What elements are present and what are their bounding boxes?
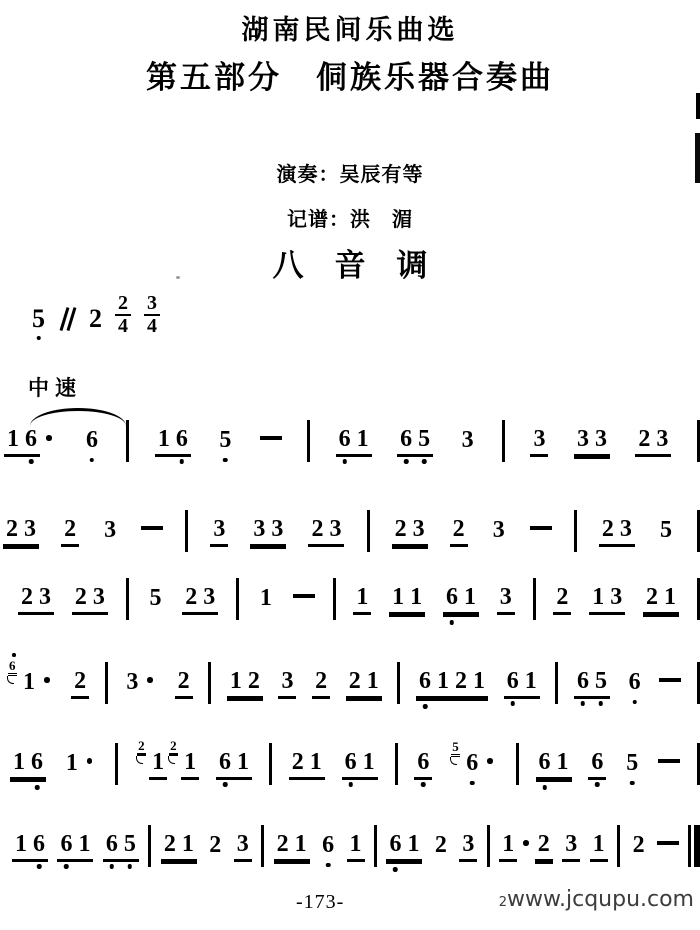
note-group: 6 bbox=[626, 669, 644, 697]
note: 2 bbox=[392, 516, 410, 547]
note: 1 bbox=[181, 749, 199, 780]
note: 6 bbox=[536, 749, 554, 780]
note: 3 bbox=[250, 516, 268, 547]
note-group: 11 bbox=[389, 584, 425, 615]
note-group: 61 bbox=[386, 831, 422, 862]
note-group: 2 bbox=[61, 516, 79, 547]
note: 1 bbox=[661, 584, 679, 615]
note: 5 bbox=[623, 750, 641, 778]
barline bbox=[697, 578, 700, 620]
note: 1 bbox=[353, 584, 371, 615]
note-group: 3 bbox=[490, 517, 508, 545]
note: 3 bbox=[490, 517, 508, 545]
note: 5 bbox=[216, 427, 234, 455]
music-line-5: 16121216121616566165 bbox=[0, 740, 700, 788]
note-group: 2 bbox=[175, 668, 193, 699]
note-group: 6 bbox=[588, 749, 606, 780]
note-group: 21 bbox=[289, 749, 325, 780]
music-line-1: 1661656165333323 bbox=[0, 417, 700, 465]
note: 6 bbox=[336, 426, 354, 457]
note-group: 5 bbox=[146, 585, 164, 613]
note: 6 bbox=[443, 584, 461, 615]
note-group: 61 bbox=[57, 831, 93, 862]
meter-2-4: 2 4 bbox=[115, 293, 131, 337]
note: 2 bbox=[535, 831, 553, 862]
note: 2 bbox=[245, 668, 263, 699]
note: 1 bbox=[20, 669, 38, 697]
note: 1 bbox=[470, 668, 488, 699]
note: 2 bbox=[553, 584, 571, 615]
note: 3 bbox=[90, 584, 108, 615]
note-group: 3 bbox=[459, 831, 477, 862]
barline bbox=[333, 578, 336, 620]
note-group: 21 bbox=[346, 668, 382, 699]
scan-artifact bbox=[696, 93, 700, 119]
note: 1 bbox=[522, 668, 540, 699]
note-group: 3 bbox=[459, 427, 477, 455]
note: 3 bbox=[497, 584, 515, 615]
barline bbox=[105, 662, 108, 704]
barline bbox=[185, 510, 188, 552]
augmentation-dot bbox=[523, 840, 529, 846]
dash-extension bbox=[530, 526, 552, 531]
music-line-2: 2323333232323235 bbox=[0, 507, 700, 555]
note-group: 3 bbox=[562, 831, 580, 862]
note: 1 bbox=[307, 749, 325, 780]
note: 3 bbox=[653, 426, 671, 457]
note: 6 bbox=[574, 668, 592, 699]
meter-3-4: 3 4 bbox=[144, 293, 160, 337]
note-group: 23 bbox=[18, 584, 54, 615]
note: 1 bbox=[347, 831, 365, 862]
key-signature: 5 2 2 4 3 4 bbox=[30, 294, 160, 344]
note: 1 bbox=[461, 584, 479, 615]
key-note-low-5: 5 bbox=[30, 304, 47, 334]
beat-base: 2 bbox=[89, 304, 102, 334]
note: 1 bbox=[257, 585, 275, 613]
note: 3 bbox=[326, 516, 344, 547]
note-group: 6121 bbox=[416, 668, 488, 699]
barline bbox=[516, 743, 519, 785]
note: 2 bbox=[206, 832, 224, 860]
note: 2 bbox=[182, 584, 200, 615]
note: 2 bbox=[289, 749, 307, 780]
dash-extension bbox=[141, 526, 163, 531]
barline bbox=[236, 578, 239, 620]
barline bbox=[397, 662, 400, 704]
note: 3 bbox=[234, 831, 252, 862]
note-group: 6 bbox=[319, 832, 337, 860]
note: 5 bbox=[415, 426, 433, 457]
note: 2 bbox=[630, 832, 648, 860]
note-group: 3 bbox=[278, 668, 296, 699]
note-group: 56 bbox=[449, 750, 499, 778]
barline bbox=[502, 420, 505, 462]
note-group: 2 bbox=[312, 668, 330, 699]
note: 5 bbox=[146, 585, 164, 613]
note-group: 61 bbox=[336, 426, 372, 457]
transcriber-credit: 记谱：洪 湄 bbox=[0, 203, 700, 232]
barline bbox=[555, 662, 558, 704]
augmentation-dot bbox=[44, 677, 50, 683]
note: 6 bbox=[342, 749, 360, 780]
barline bbox=[374, 825, 377, 867]
double-slash-icon bbox=[60, 307, 76, 331]
note-group: 1 bbox=[347, 831, 365, 862]
dash-extension bbox=[260, 436, 282, 441]
note-group: 61 bbox=[443, 584, 479, 615]
note: 3 bbox=[210, 516, 228, 547]
barline bbox=[126, 420, 129, 462]
note-group: 12 bbox=[227, 668, 263, 699]
note-group: 23 bbox=[72, 584, 108, 615]
barline bbox=[115, 743, 118, 785]
note-group: 1 bbox=[257, 585, 275, 613]
note-group: 65 bbox=[103, 831, 139, 862]
barline bbox=[208, 662, 211, 704]
note: 3 bbox=[278, 668, 296, 699]
note: 3 bbox=[459, 831, 477, 862]
note-group: 23 bbox=[635, 426, 671, 457]
note: 3 bbox=[530, 426, 548, 457]
note: 6 bbox=[30, 831, 48, 862]
note-group: 23 bbox=[182, 584, 218, 615]
barline bbox=[395, 743, 398, 785]
note-group: 2 bbox=[450, 516, 468, 547]
note: 3 bbox=[617, 516, 635, 547]
series-title: 湖南民间乐曲选 bbox=[0, 8, 700, 47]
note-group: 16 bbox=[155, 426, 191, 457]
note: 2 bbox=[308, 516, 326, 547]
note-group: 65 bbox=[574, 668, 610, 699]
dash-extension bbox=[657, 841, 679, 846]
note: 2 bbox=[274, 831, 292, 862]
note: 6 bbox=[463, 750, 481, 778]
note-group: 5 bbox=[657, 517, 675, 545]
grace-note: 6 bbox=[6, 659, 20, 683]
dash-extension bbox=[293, 594, 315, 599]
note-group: 33 bbox=[574, 426, 610, 457]
note: 1 bbox=[234, 749, 252, 780]
note-group: 3 bbox=[123, 669, 159, 697]
note-group: 16 bbox=[12, 831, 48, 862]
note: 1 bbox=[63, 750, 81, 778]
note-group: 16 bbox=[4, 426, 58, 457]
note: 3 bbox=[200, 584, 218, 615]
scan-artifact bbox=[695, 133, 700, 183]
note: 6 bbox=[22, 426, 40, 457]
barline bbox=[697, 420, 700, 462]
note-group: 61 bbox=[342, 749, 378, 780]
note-group: 2 bbox=[432, 832, 450, 860]
note-group: 21 bbox=[161, 831, 197, 862]
note: 1 bbox=[354, 426, 372, 457]
note: 3 bbox=[459, 427, 477, 455]
note: 2 bbox=[161, 831, 179, 862]
note-group: 2121 bbox=[135, 749, 199, 780]
note: 1 bbox=[4, 426, 22, 457]
note: 3 bbox=[268, 516, 286, 547]
note: 6 bbox=[386, 831, 404, 862]
slur bbox=[30, 408, 126, 426]
note: 1 bbox=[360, 749, 378, 780]
barline bbox=[367, 510, 370, 552]
augmentation-dot bbox=[46, 435, 52, 441]
note: 3 bbox=[592, 426, 610, 457]
music-line-4: 61232123221612161656 bbox=[0, 659, 700, 707]
barline bbox=[148, 825, 151, 867]
note-group: 21 bbox=[274, 831, 310, 862]
note: 6 bbox=[28, 749, 46, 780]
note: 1 bbox=[590, 831, 608, 862]
note: 3 bbox=[410, 516, 428, 547]
grace-note: 5 bbox=[449, 740, 463, 764]
section-title: 第五部分 侗族乐器合奏曲 bbox=[0, 52, 700, 97]
note-group: 23 bbox=[392, 516, 428, 547]
note-group: 3 bbox=[497, 584, 515, 615]
note-group: 23 bbox=[599, 516, 635, 547]
note-group: 23 bbox=[308, 516, 344, 547]
note: 2 bbox=[635, 426, 653, 457]
note: 3 bbox=[36, 584, 54, 615]
grace-note: 2 bbox=[135, 739, 149, 763]
note: 6 bbox=[173, 426, 191, 457]
barline bbox=[617, 825, 620, 867]
note-group: 65 bbox=[397, 426, 433, 457]
note: 2 bbox=[61, 516, 79, 547]
note-group: 61 bbox=[536, 749, 572, 780]
barline bbox=[487, 825, 490, 867]
note: 1 bbox=[155, 426, 173, 457]
page-number: -173- bbox=[296, 891, 344, 914]
augmentation-dot bbox=[487, 758, 493, 764]
note-group: 3 bbox=[530, 426, 548, 457]
grace-note: 2 bbox=[167, 739, 181, 763]
note: 3 bbox=[21, 516, 39, 547]
note: 1 bbox=[179, 831, 197, 862]
note: 2 bbox=[18, 584, 36, 615]
note: 6 bbox=[416, 668, 434, 699]
augmentation-dot bbox=[87, 758, 93, 764]
barline bbox=[126, 578, 129, 620]
note: 1 bbox=[554, 749, 572, 780]
note: 2 bbox=[312, 668, 330, 699]
note: 6 bbox=[504, 668, 522, 699]
note-group: 1 bbox=[63, 750, 99, 778]
note-group: 6 bbox=[414, 749, 432, 780]
note-group: 3 bbox=[234, 831, 252, 862]
note: 1 bbox=[12, 831, 30, 862]
watermark-prefix: 2 bbox=[499, 895, 507, 910]
sheet-music-page: { "header": { "series_title": "湖南民间乐曲选",… bbox=[0, 0, 700, 930]
note-group: 12 bbox=[499, 831, 553, 862]
note: 1 bbox=[404, 831, 422, 862]
note: 2 bbox=[72, 584, 90, 615]
note: 1 bbox=[75, 831, 93, 862]
barline bbox=[269, 743, 272, 785]
note: 2 bbox=[432, 832, 450, 860]
note: 6 bbox=[216, 749, 234, 780]
note: 5 bbox=[121, 831, 139, 862]
note: 2 bbox=[643, 584, 661, 615]
note: 3 bbox=[607, 584, 625, 615]
note: 6 bbox=[83, 427, 101, 455]
note: 3 bbox=[101, 517, 119, 545]
music-line-6: 16616521232161612312312 bbox=[0, 822, 700, 870]
note: 3 bbox=[123, 669, 141, 697]
note-group: 61 bbox=[6, 669, 56, 697]
note: 2 bbox=[3, 516, 21, 547]
note: 6 bbox=[103, 831, 121, 862]
augmentation-dot bbox=[147, 677, 153, 683]
barline bbox=[697, 662, 700, 704]
note: 5 bbox=[657, 517, 675, 545]
note-group: 2 bbox=[553, 584, 571, 615]
note: 6 bbox=[588, 749, 606, 780]
note: 6 bbox=[57, 831, 75, 862]
note-group: 61 bbox=[216, 749, 252, 780]
note: 1 bbox=[389, 584, 407, 615]
note: 6 bbox=[626, 669, 644, 697]
final-barline bbox=[688, 825, 700, 867]
watermark-url: www.jcqupu.com bbox=[507, 887, 694, 912]
song-title: 八 音 调 bbox=[0, 240, 700, 285]
note: 2 bbox=[175, 668, 193, 699]
note: 1 bbox=[499, 831, 517, 862]
note-group: 2 bbox=[630, 832, 648, 860]
note: 2 bbox=[71, 668, 89, 699]
note: 6 bbox=[414, 749, 432, 780]
note: 1 bbox=[292, 831, 310, 862]
note-group: 1 bbox=[590, 831, 608, 862]
barline bbox=[307, 420, 310, 462]
note: 5 bbox=[592, 668, 610, 699]
note: 2 bbox=[452, 668, 470, 699]
note-group: 2 bbox=[71, 668, 89, 699]
note-group: 5 bbox=[216, 427, 234, 455]
barline bbox=[533, 578, 536, 620]
note-group: 3 bbox=[101, 517, 119, 545]
note: 2 bbox=[346, 668, 364, 699]
note-group: 23 bbox=[3, 516, 39, 547]
note-group: 3 bbox=[210, 516, 228, 547]
note-group: 5 bbox=[623, 750, 641, 778]
note: 2 bbox=[599, 516, 617, 547]
music-line-3: 2323523111161321321 bbox=[0, 575, 700, 623]
note: 2 bbox=[450, 516, 468, 547]
note: 3 bbox=[562, 831, 580, 862]
tempo-marking: 中速 bbox=[28, 372, 82, 402]
dash-extension bbox=[659, 678, 681, 683]
note: 1 bbox=[407, 584, 425, 615]
note-group: 2 bbox=[206, 832, 224, 860]
note: 1 bbox=[227, 668, 245, 699]
note-group: 16 bbox=[10, 749, 46, 780]
note-group: 6 bbox=[83, 427, 101, 455]
note: 1 bbox=[589, 584, 607, 615]
note-group: 1 bbox=[353, 584, 371, 615]
note-group: 13 bbox=[589, 584, 625, 615]
note-group: 21 bbox=[643, 584, 679, 615]
dash-extension bbox=[658, 759, 680, 764]
barline bbox=[574, 510, 577, 552]
note: 1 bbox=[10, 749, 28, 780]
performer-credit: 演奏：吴辰有等 bbox=[0, 158, 700, 187]
note: 1 bbox=[149, 749, 167, 780]
watermark: 2 www.jcqupu.com bbox=[499, 887, 694, 912]
barline bbox=[261, 825, 264, 867]
note: 6 bbox=[319, 832, 337, 860]
note: 1 bbox=[364, 668, 382, 699]
note: 6 bbox=[397, 426, 415, 457]
note: 3 bbox=[574, 426, 592, 457]
scan-artifact bbox=[176, 276, 180, 279]
note-group: 33 bbox=[250, 516, 286, 547]
note-group: 61 bbox=[504, 668, 540, 699]
note: 1 bbox=[434, 668, 452, 699]
